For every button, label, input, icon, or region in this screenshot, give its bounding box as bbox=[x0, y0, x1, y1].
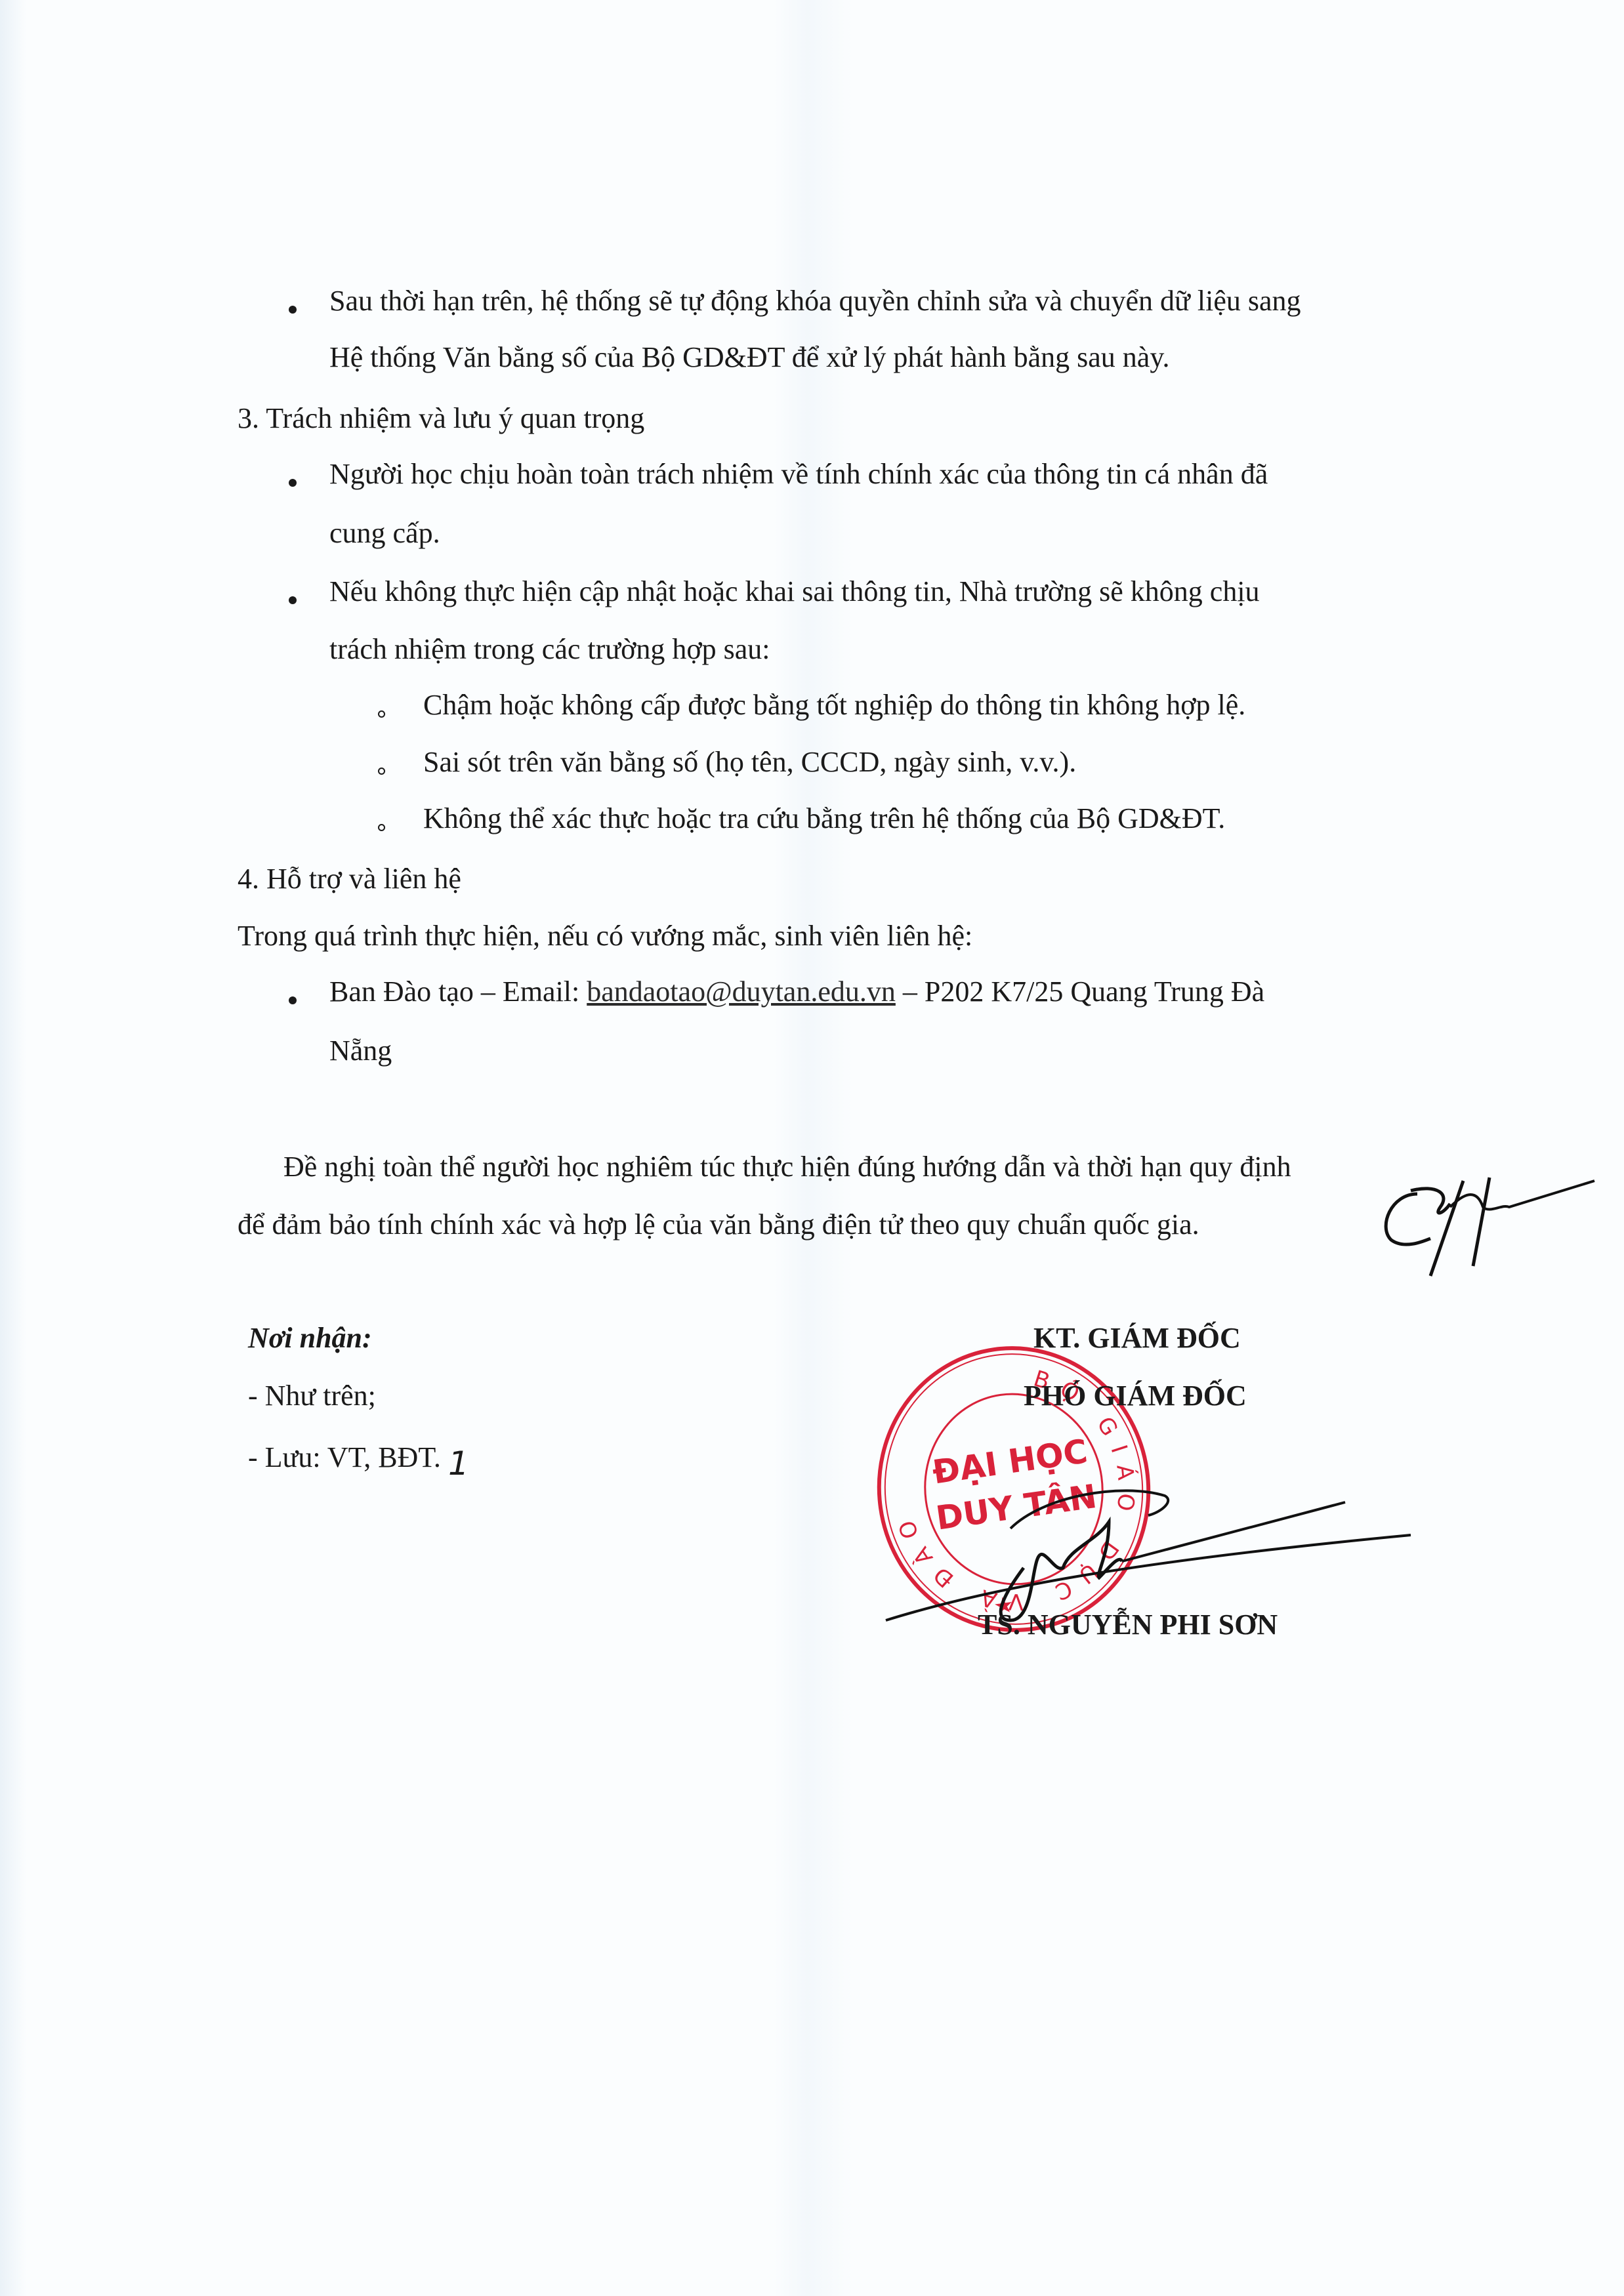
bullet-icon bbox=[289, 479, 297, 487]
signature-title-2: PHÓ GIÁM ĐỐC bbox=[1024, 1382, 1247, 1410]
sub-bullet-icon bbox=[378, 768, 385, 775]
section4-heading: 4. Hỗ trợ và liên hệ bbox=[238, 865, 461, 893]
section3-bullet-2-cont: trách nhiệm trong các trường hợp sau: bbox=[329, 635, 770, 664]
signer-name: TS. NGUYỄN PHI SƠN bbox=[978, 1610, 1278, 1639]
contact-prefix: Ban Đào tạo – Email: bbox=[329, 975, 587, 1008]
recipient-item-2: - Lưu: VT, BĐT. 1 bbox=[248, 1439, 469, 1472]
section2-bullet-cont: Hệ thống Văn bằng số của Bộ GD&ĐT để xử … bbox=[329, 343, 1169, 372]
contact-email-link[interactable]: bandaotao@duytan.edu.vn bbox=[587, 975, 896, 1008]
section3-bullet-1: Người học chịu hoàn toàn trách nhiệm về … bbox=[329, 460, 1268, 489]
sub-bullet-2: Sai sót trên văn bằng số (họ tên, CCCD, … bbox=[423, 748, 1076, 777]
section3-heading: 3. Trách nhiệm và lưu ý quan trọng bbox=[238, 404, 644, 433]
bullet-icon bbox=[289, 306, 297, 314]
recipient-item-2-text: - Lưu: VT, BĐT. bbox=[248, 1441, 441, 1473]
recipient-item-1: - Như trên; bbox=[248, 1382, 376, 1410]
handwritten-mark: 1 bbox=[448, 1445, 469, 1483]
sub-bullet-1: Chậm hoặc không cấp được bằng tốt nghiệp… bbox=[423, 691, 1245, 720]
section3-bullet-2: Nếu không thực hiện cập nhật hoặc khai s… bbox=[329, 577, 1260, 606]
contact-line-cont: Nẵng bbox=[329, 1036, 392, 1065]
section2-bullet: Sau thời hạn trên, hệ thống sẽ tự động k… bbox=[329, 287, 1301, 316]
closing-line-2: để đảm bảo tính chính xác và hợp lệ của … bbox=[238, 1210, 1199, 1239]
recipients-title: Nơi nhận: bbox=[248, 1324, 372, 1353]
sub-bullet-3: Không thể xác thực hoặc tra cứu bằng trê… bbox=[423, 804, 1225, 833]
bullet-icon bbox=[289, 996, 297, 1004]
contact-line: Ban Đào tạo – Email: bandaotao@duytan.ed… bbox=[329, 977, 1264, 1006]
bullet-icon bbox=[289, 596, 297, 604]
sub-bullet-icon bbox=[378, 824, 385, 831]
initials-signature bbox=[1378, 1168, 1601, 1279]
section3-bullet-1-cont: cung cấp. bbox=[329, 519, 440, 548]
sub-bullet-icon bbox=[378, 710, 385, 718]
contact-suffix: – P202 K7/25 Quang Trung Đà bbox=[896, 975, 1264, 1008]
section4-intro: Trong quá trình thực hiện, nếu có vướng … bbox=[238, 922, 972, 951]
signature-title-1: KT. GIÁM ĐỐC bbox=[1033, 1324, 1241, 1353]
closing-line-1: Đề nghị toàn thể người học nghiêm túc th… bbox=[283, 1153, 1291, 1181]
